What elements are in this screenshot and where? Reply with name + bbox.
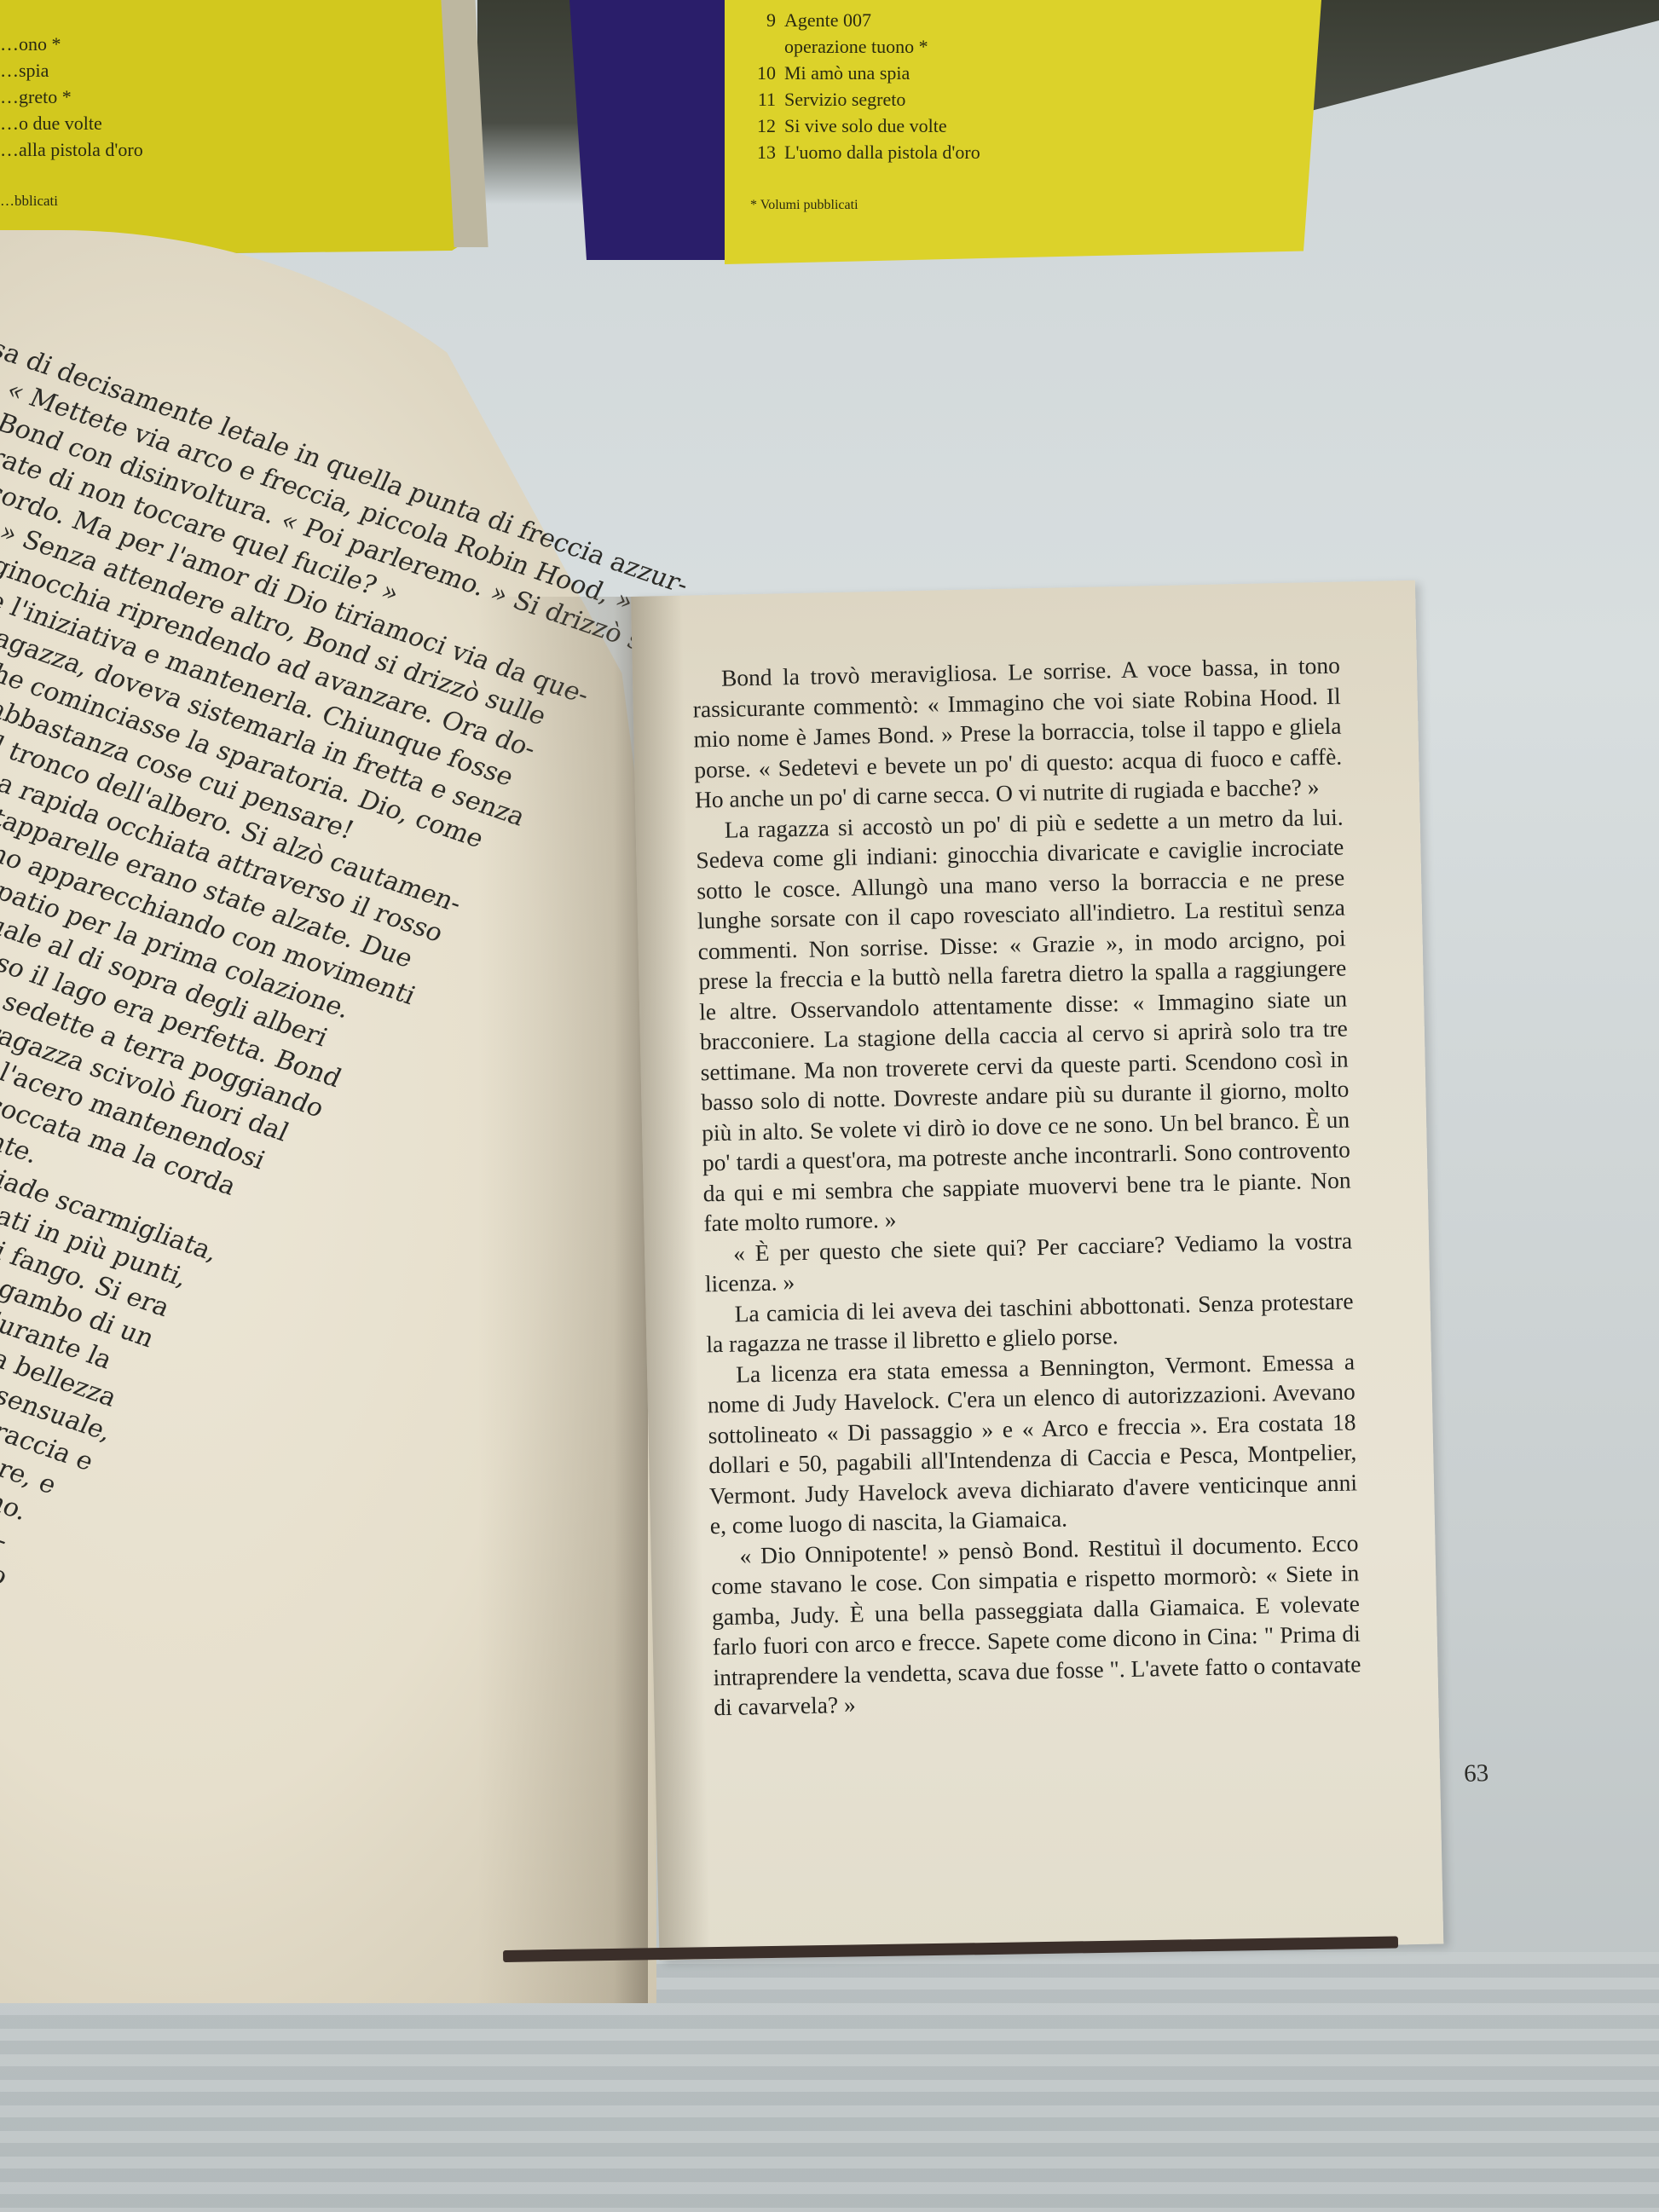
series-item: 9Agente 007 <box>743 7 980 33</box>
series-item: 13L'uomo dalla pistola d'oro <box>743 139 980 165</box>
right-page-text: Bond la trovò meravigliosa. Le sorrise. … <box>692 650 1362 1723</box>
paragraph: Bond la trovò meravigliosa. Le sorrise. … <box>692 650 1344 815</box>
blue-spine <box>569 0 740 260</box>
list-line: …spia <box>0 57 256 84</box>
published-note: * Volumi pubblicati <box>750 198 858 213</box>
series-item: 12Si vive solo due volte <box>743 113 980 139</box>
paragraph: « Dio Onnipotente! » pensò Bond. Restitu… <box>710 1528 1361 1723</box>
paragraph: La licenza era stata emessa a Bennington… <box>707 1346 1358 1541</box>
yellow-book-cover-right: 9Agente 007 operazione tuono * 10Mi amò … <box>563 0 1330 260</box>
series-item: operazione tuono * <box>743 33 980 60</box>
page-curve-shadow <box>477 597 648 2003</box>
list-line: …ono * <box>0 31 256 57</box>
right-page: Bond la trovò meravigliosa. Le sorrise. … <box>631 580 1443 1961</box>
series-list-fragment: …ono * …spia …greto * …o due volte …alla… <box>0 31 256 163</box>
published-note: …bblicati <box>0 193 58 210</box>
series-item: 10Mi amò una spia <box>743 60 980 86</box>
paragraph: La ragazza si accostò un po' di più e se… <box>695 801 1351 1239</box>
list-line: …alla pistola d'oro <box>0 136 256 163</box>
list-line: …greto * <box>0 84 256 110</box>
page-number: 63 <box>1464 1759 1489 1788</box>
yellow-book-cover-left: …ono * …spia …greto * …o due volte …alla… <box>0 0 486 256</box>
series-list: 9Agente 007 operazione tuono * 10Mi amò … <box>743 7 980 165</box>
series-item: 11Servizio segreto <box>743 86 980 113</box>
list-line: …o due volte <box>0 110 256 136</box>
